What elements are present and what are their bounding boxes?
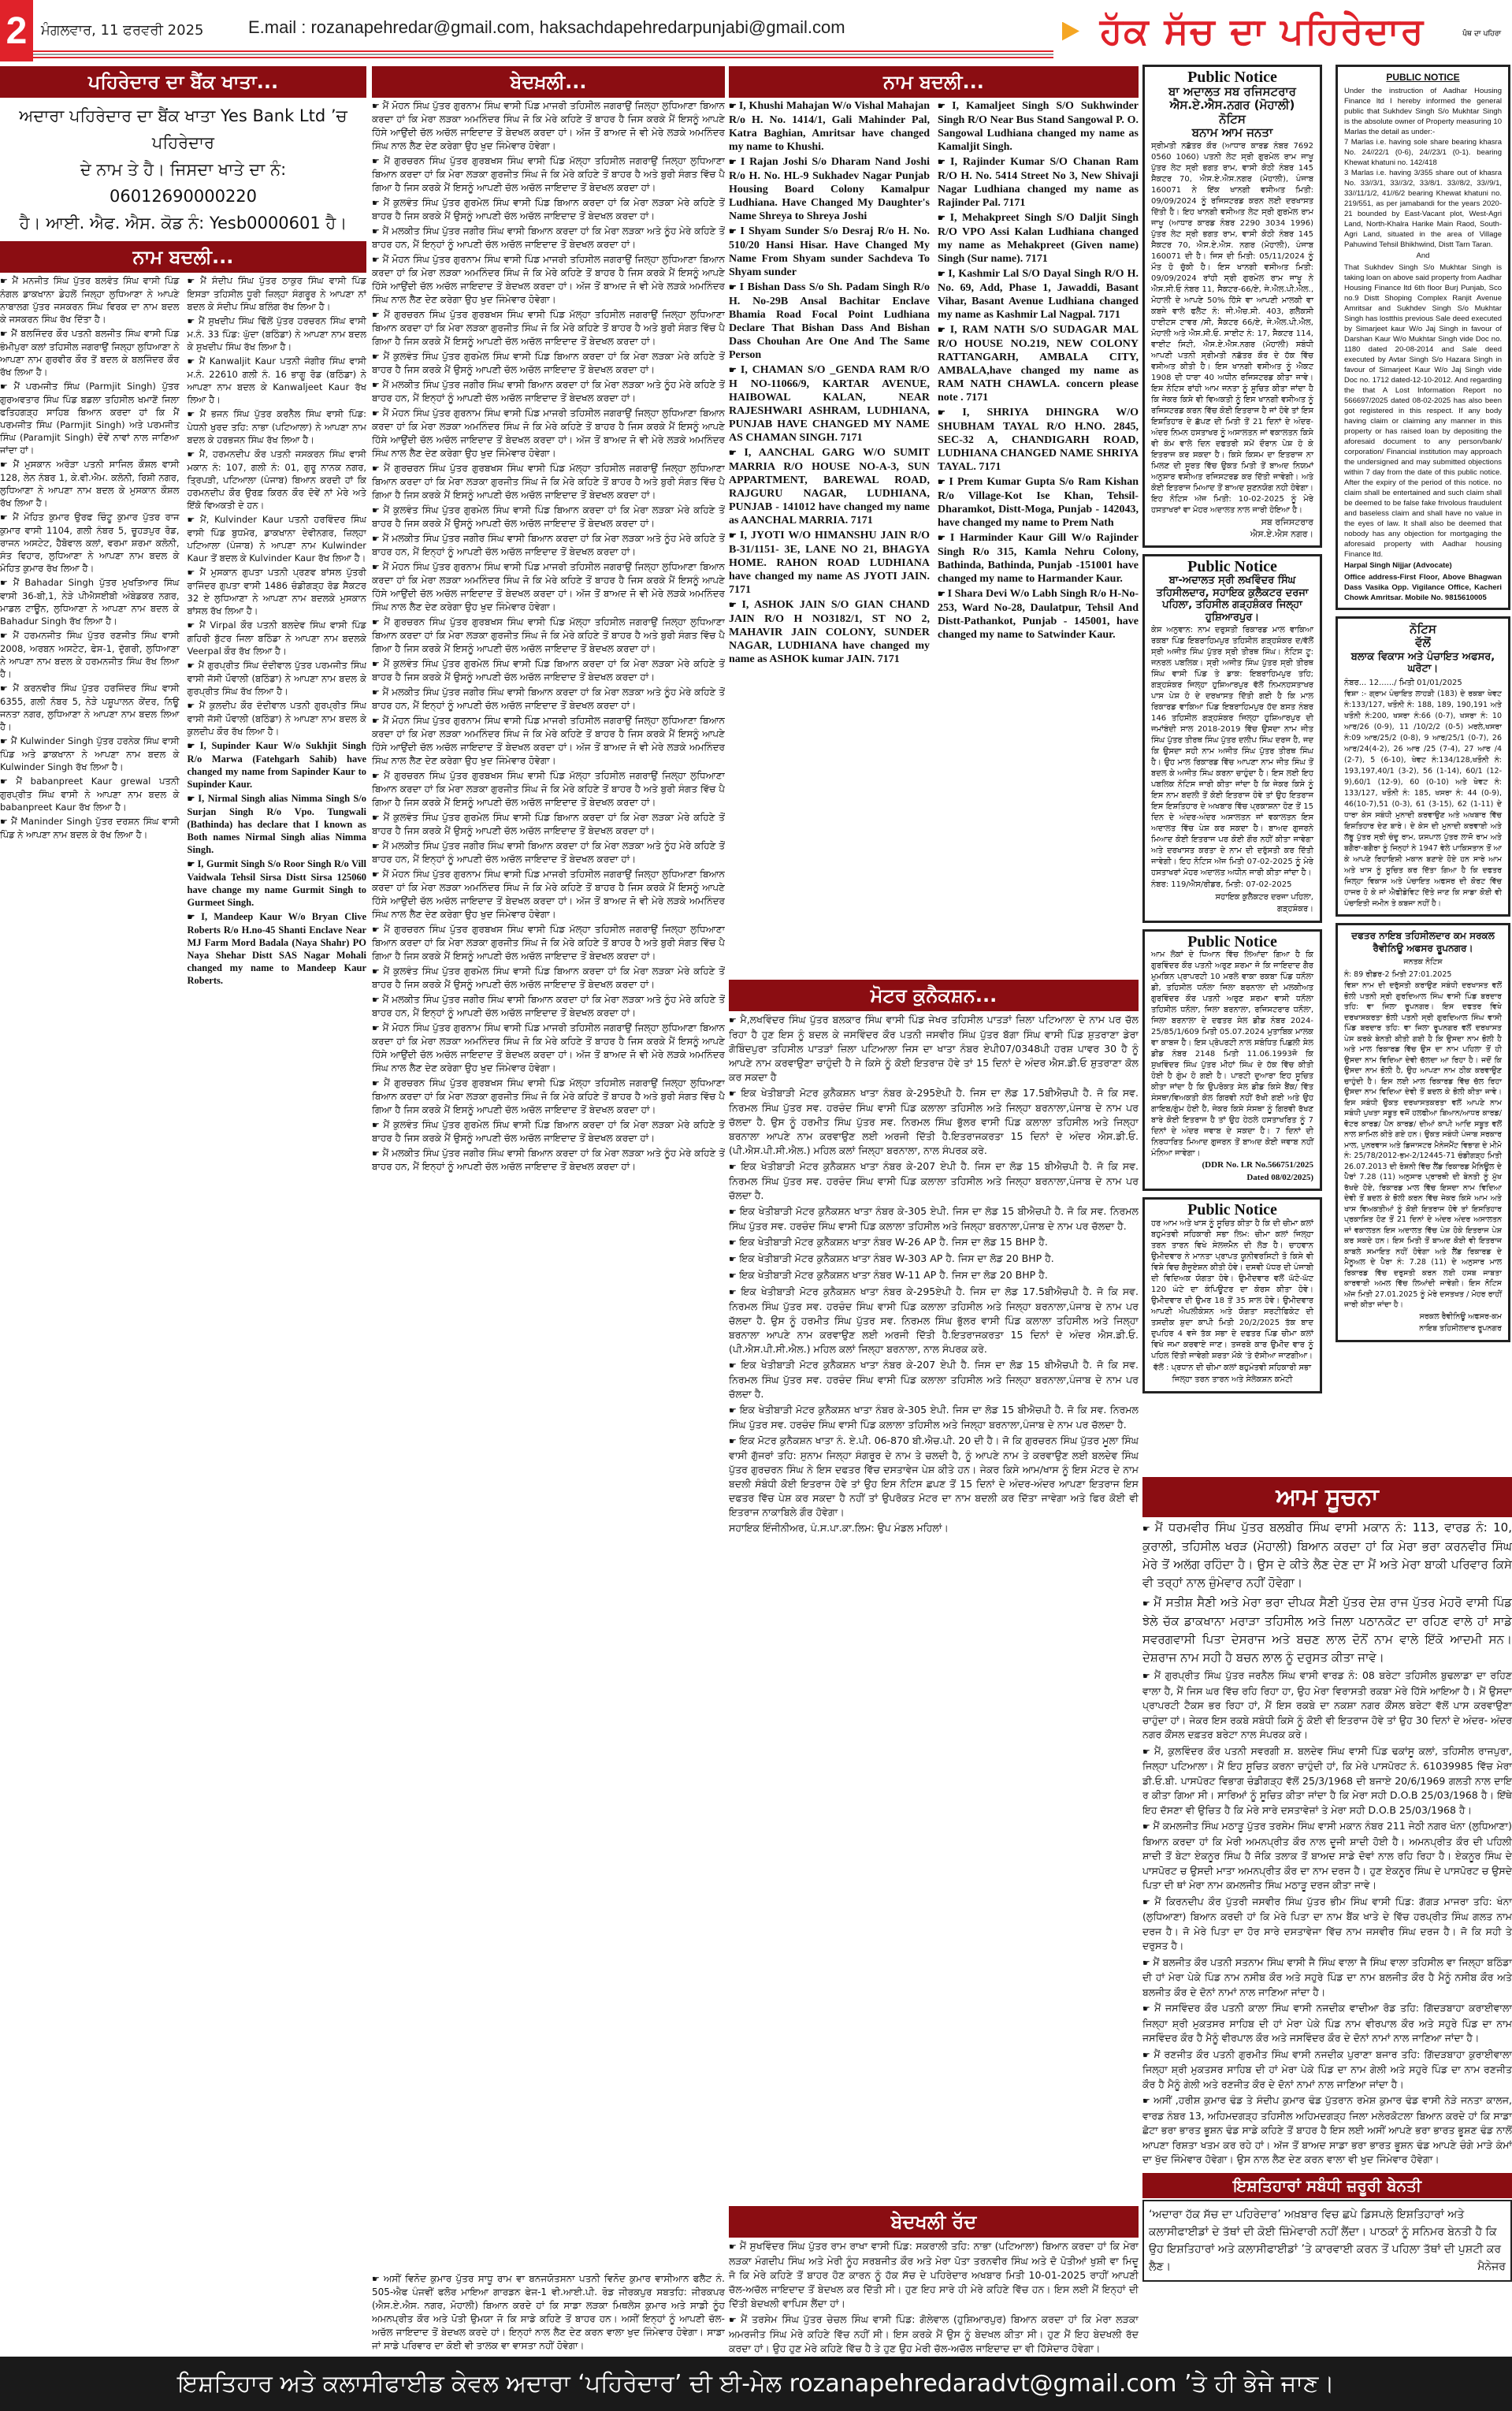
list-item: ਮੈਂ ਕੁਲਵੰਤ ਸਿੰਘ ਪੁੱਤਰ ਗੁਰਮੇਲ ਸਿੰਘ ਵਾਸੀ ਪ… [372, 657, 725, 684]
list-item: ਮੈਂ ਕੁਲਵੰਤ ਸਿੰਘ ਪੁੱਤਰ ਗੁਰਮੇਲ ਸਿੰਘ ਵਾਸੀ ਪ… [372, 811, 725, 838]
notice-title: Public Notice [1151, 936, 1313, 949]
list-item: I Shyam Sunder S/o Desraj R/o H. No. 510… [729, 225, 930, 279]
list-item: ਮੈਂ ਭਜਨ ਸਿੰਘ ਪੁੱਤਰ ਕਰਨੈਲ ਸਿੰਘ ਵਾਸੀ ਪਿੰਡ:… [188, 407, 367, 446]
list-item: ਮੈਂ ਕਿਰਨਦੀਪ ਕੌਰ ਪੁੱਤਰੀ ਜਸਵੀਰ ਸਿੰਘ ਪੁੱਤਰ … [1142, 1895, 1512, 1954]
list-item: ਮੈਂ ਕੁਲਵੰਤ ਸਿੰਘ ਪੁੱਤਰ ਗੁਰਮੇਲ ਸਿੰਘ ਵਾਸੀ ਪ… [372, 196, 725, 223]
page-number: 2 [0, 0, 33, 61]
notice-body: ਸ੍ਰੀਮਤੀ ਨਛੱਤਰ ਕੌਰ (ਆਧਾਰ ਕਾਰਡ ਨੰਬਰ 7692 0… [1151, 141, 1313, 516]
list-item: ਮੈਂ ਮੋਹਨ ਸਿੰਘ ਪੁੱਤਰ ਗੁਰਨਾਮ ਸਿੰਘ ਵਾਸੀ ਪਿੰ… [372, 253, 725, 307]
list-item: ਮੈਂ ਗੁਰਚਰਨ ਸਿੰਘ ਪੁੱਤਰ ਗੁਰਬਖਸ ਸਿੰਘ ਵਾਸੀ ਪ… [372, 462, 725, 502]
list-item: I, Mehakpreet Singh S/O Daljit Singh R/O… [938, 211, 1139, 266]
notice-body: ਵਿਸ਼ਾ :- ਗ੍ਰਾਮ ਪੰਚਾਇਤ ਲਾਹੜੀ (183) ਦੇ ਰਕਬ… [1344, 689, 1502, 910]
list-item: ਮੈਂ ਗੁਰਚਰਨ ਸਿੰਘ ਪੁੱਤਰ ਗੁਰਬਖਸ ਸਿੰਘ ਵਾਸੀ ਪ… [372, 154, 725, 195]
list-item: ਇਕ ਖੇਤੀਬਾੜੀ ਮੋਟਰ ਕੁਨੈਕਸ਼ਨ ਖਾਤਾ ਨੰਬਰ ਕੇ-3… [729, 1403, 1139, 1432]
notice-ref: ਨੰਬਰ... 12....../ ਮਿਤੀ 01/01/2025 [1344, 677, 1502, 690]
list-item: ਮੈਂ ਮੋਹਨ ਸਿੰਘ ਪੁੱਤਰ ਗੁਰਨਾਮ ਸਿੰਘ ਵਾਸੀ ਪਿੰ… [372, 714, 725, 768]
list-item: I, AANCHAL GARG W/O SUMIT MARRIA R/O HOU… [729, 446, 930, 527]
list-item: I Prem Kumar Gupta S/o Ram Kishan R/o Vi… [938, 475, 1139, 530]
masthead-rule [33, 50, 1053, 61]
list-item: ਮੈਂ ਕਮਲਜੀਤ ਸਿੰਘ ਮਠਾੜੂ ਪੁੱਤਰ ਤਰਸੇਮ ਸਿੰਘ ਵ… [1142, 1819, 1512, 1893]
list-item: ਮੈਂ ਕੁਲਦੀਪ ਕੌਰ ਦੰਦੀਵਾਲ ਪਤਨੀ ਗੁਰਪ੍ਰੀਤ ਸਿੰ… [188, 699, 367, 738]
list-item: I Rajan Joshi S/o Dharam Nand Joshi R/o … [729, 155, 930, 223]
list-item: I, Rajinder Kumar S/O Chanan Ram R/O H. … [938, 155, 1139, 210]
list-item: ਮੈਂ ਕਰਨਵੀਰ ਸਿੰਘ ਪੁੱਤਰ ਹਰਜਿੰਦਰ ਸਿੰਘ ਵਾਸੀ … [0, 682, 180, 733]
bank-account-info: ਅਦਾਰਾ ਪਹਿਰੇਦਾਰ ਦਾ ਬੈਂਕ ਖਾਤਾ Yes Bank Ltd… [0, 99, 366, 240]
notice-cheema: Public Notice ਹਰ ਆਮ ਅਤੇ ਖਾਸ ਨੂੰ ਸੂਚਿਤ ਕੀ… [1142, 1197, 1322, 1393]
bedakhli-radd-list: ਮੈਂ ਸੁਖਵਿੰਦਰ ਸਿੰਘ ਪੁੱਤਰ ਰਾਮ ਰਾਖਾ ਵਾਸੀ ਪਿ… [729, 2239, 1139, 2354]
notice-vs: ਬਨਾਮ ਆਮ ਜਨਤਾ [1151, 127, 1313, 140]
list-item: ਮੈਂ ਗੁਰਚਰਨ ਸਿੰਘ ਪੁੱਤਰ ਗੁਰਬਖਸ ਸਿੰਘ ਵਾਸੀ ਪ… [372, 1077, 725, 1117]
list-item: ਮੈਂ ਗੁਰਚਰਨ ਸਿੰਘ ਪੁੱਤਰ ਗੁਰਬਖਸ ਸਿੰਘ ਵਾਸੀ ਪ… [372, 769, 725, 809]
list-item: ਮੈਂ Maninder Singh ਪੁੱਤਰ ਦਰਸ਼ਨ ਸਿੰਘ ਵਾਸੀ… [0, 815, 180, 841]
list-item: ਮੈਂ ਸੰਦੀਪ ਸਿੰਘ ਪੁੱਤਰ ਠਾਕੁਰ ਸਿੰਘ ਵਾਸੀ ਪਿੰ… [188, 274, 367, 313]
list-item: I, Gurmit Singh S/o Roor Singh R/o Vill … [188, 858, 367, 909]
list-item: ਮੈਂ ਰਣਜੀਤ ਕੌਰ ਪਤਨੀ ਗੁਰਮੀਤ ਸਿੰਘ ਵਾਸੀ ਨਜਦੀ… [1142, 2048, 1512, 2093]
list-item: I Harminder Kaur Gill W/o Rajinder Singh… [938, 531, 1139, 586]
list-item: ਮੈਂ ਗੁਰਚਰਨ ਸਿੰਘ ਪੁੱਤਰ ਗੁਰਬਖਸ ਸਿੰਘ ਵਾਸੀ ਪ… [372, 616, 725, 656]
bedakhli-last: ਅਸੀਂ ਵਿਨੋਦ ਕੁਮਾਰ ਪੁੱਤਰ ਸਾਧੂ ਰਾਮ ਵਾ ਬਨਜਯੋ… [372, 2272, 725, 2354]
list-item: ਮੈਂ ਮੋਹਨ ਸਿੰਘ ਪੁੱਤਰ ਗੁਰਨਾਮ ਸਿੰਘ ਵਾਸੀ ਪਿੰ… [372, 868, 725, 921]
disclaimer-body: ‘ਅਦਾਰਾ ਹੱਕ ਸੱਚ ਦਾ ਪਹਿਰੇਦਾਰ’ ਅਖ਼ਬਾਰ ਵਿਚ ਛ… [1149, 2208, 1501, 2273]
column-bedakhli: ਬੇਦਖ਼ਲੀ... ਮੈਂ ਮੋਹਨ ਸਿੰਘ ਪੁੱਤਰ ਗੁਰਨਾਮ ਸਿ… [372, 65, 725, 2354]
notice-office: ਬਲਾਕ ਵਿਕਾਸ ਅਤੇ ਪੰਚਾਇਤ ਅਫਸਰ, ਘਰੋਟਾ। [1344, 651, 1502, 675]
notice-signature: ਨਾਇਬ ਤਹਿਸੀਲਦਾਰ ਰੂਪਨਗਰ [1344, 1323, 1502, 1335]
list-item: ਮੈਂ ਧਰਮਵੀਰ ਸਿੰਘ ਪੁੱਤਰ ਬਲਬੀਰ ਸਿੰਘ ਵਾਸੀ ਮਕ… [1142, 1519, 1512, 1592]
notice-signature: ਗੜ੍ਹਸ਼ੰਕਰ। [1151, 903, 1313, 916]
list-item: I, Mandeep Kaur W/o Bryan Clive Roberts … [188, 910, 367, 987]
motor-signoff: ਸਹਾਇਕ ਇੰਜੀਨੀਅਰ, ਪੰ.ਸ.ਪਾ.ਕਾ.ਲਿਮ: ਉਪ ਮੰਡਲ … [729, 1521, 1139, 1535]
list-item: ਇਕ ਖੇਤੀਬਾੜੀ ਮੋਟਰ ਕੁਨੈਕਸ਼ਨ ਖਾਤਾ ਨੰਬਰ W-26… [729, 1235, 1139, 1250]
list-item: ਮੈਂ ਮੋਹਨ ਸਿੰਘ ਪੁੱਤਰ ਗੁਰਨਾਮ ਸਿੰਘ ਵਾਸੀ ਪਿੰ… [372, 1021, 725, 1075]
issue-date: ਮੰਗਲਵਾਰ, 11 ਫਰਵਰੀ 2025 [41, 22, 203, 39]
section-header-bank: ਪਹਿਰੇਦਾਰ ਦਾ ਬੈਂਕ ਖਾਤਾ... [0, 66, 366, 98]
notice-by: ਵੱਲੋਂ [1344, 637, 1502, 649]
list-item: ਮੈਂ ਸੁਖਦੀਪ ਸਿੰਘ ਢਿੱਲੋਂ ਪੁੱਤਰ ਹਰਚਰਨ ਸਿੰਘ … [188, 314, 367, 353]
list-item: ਮੈਂ ਮਲਕੀਤ ਸਿੰਘ ਪੁੱਤਰ ਜਗੀਰ ਸਿੰਘ ਵਾਸੀ ਬਿਆਨ… [372, 225, 725, 251]
column-aam-suchna: ਆਮ ਸੂਚਨਾ ਮੈਂ ਧਰਮਵੀਰ ਸਿੰਘ ਪੁੱਤਰ ਬਲਬੀਰ ਸਿੰ… [1142, 1475, 1512, 2354]
list-item: ਮੈਂ ਗੁਰਪ੍ਰੀਤ ਸਿੰਘ ਦੰਦੀਵਾਲ ਪੁੱਤਰ ਪਰਮਜੀਤ ਸ… [188, 659, 367, 698]
list-item: ਮੈਂ ਕੁਲਵੰਤ ਸਿੰਘ ਪੁੱਤਰ ਗੁਰਮੇਲ ਸਿੰਘ ਵਾਸੀ ਪ… [372, 504, 725, 530]
column-name-change-english: ਨਾਮ ਬਦਲੀ... I, Khushi Mahajan W/o Vishal… [729, 65, 1139, 2354]
list-item: ਮੈਂ ਮੁਸਕਾਨ ਅਰੋੜਾ ਪਤਨੀ ਸਾਜਿਲ ਕੌਸ਼ਲ ਵਾਸੀ 1… [0, 458, 180, 509]
list-item: I, ASHOK JAIN S/O GIAN CHAND JAIN R/O H … [729, 598, 930, 666]
aam-suchna-list: ਮੈਂ ਧਰਮਵੀਰ ਸਿੰਘ ਪੁੱਤਰ ਬਲਬੀਰ ਸਿੰਘ ਵਾਸੀ ਮਕ… [1142, 1519, 1512, 2165]
notice-title: ਦਫਤਰ ਨਾਇਬ ਤਹਿਸੀਲਦਾਰ ਕਮ ਸਰਕਲ ਰੈਵੀਨਿਊ ਅਫਸਰ… [1344, 930, 1502, 954]
notice-ref: ਨੰਬਰ: 119/ਐਸ/ਰੀਡਰ, ਮਿਤੀ: 07-02-2025 [1151, 879, 1313, 891]
notice-signature: ਸਬ ਰਜਿਸਟਰਾਰ [1151, 516, 1313, 529]
list-item: ਮੈਂ, ਹਰਮਨਦੀਪ ਕੌਰ ਪਤਨੀ ਜਸਕਰਨ ਸਿੰਘ ਵਾਸੀ ਮਕ… [188, 448, 367, 512]
column-name-change-punjabi: ਪਹਿਰੇਦਾਰ ਦਾ ਬੈਂਕ ਖਾਤਾ... ਅਦਾਰਾ ਪਹਿਰੇਦਾਰ … [0, 65, 366, 2354]
list-item: ਮੈਂ ਸਤੀਸ਼ ਸੈਣੀ ਅਤੇ ਮੇਰਾ ਭਰਾ ਦੀਪਕ ਸੈਣੀ ਪੁ… [1142, 1594, 1512, 1667]
notice-bullet: 3 Marlas i.e. having 3/355 share out of … [1344, 168, 1502, 250]
section-header-name-change-en: ਨਾਮ ਬਦਲੀ... [729, 66, 1139, 98]
list-item: ਇਕ ਖੇਤੀਬਾੜੀ ਮੋਟਰ ਕੁਨੈਕਸ਼ਨ ਖਾਤਾ ਨੰਬਰ W-11… [729, 1268, 1139, 1283]
bedakhli-list: ਮੈਂ ਮੋਹਨ ਸਿੰਘ ਪੁੱਤਰ ਗੁਰਨਾਮ ਸਿੰਘ ਵਾਸੀ ਪਿੰ… [372, 99, 725, 1174]
list-item: ਮੈਂ ਗੁਰਚਰਨ ਸਿੰਘ ਪੁੱਤਰ ਗੁਰਬਖਸ ਸਿੰਘ ਵਾਸੀ ਪ… [372, 923, 725, 963]
notice-address: Office address-First Floor, Above Bhagwa… [1344, 572, 1502, 603]
notice-place: ਐਸ.ਏ.ਐਸ.ਨਗਰ (ਮੋਹਾਲੀ) [1151, 99, 1313, 112]
list-item: ਮੈਂ ਮੋਹਿਤ ਕੁਮਾਰ ਉਰਫ ਚਿੰਟੂ ਕੁਮਾਰ ਪੁੱਤਰ ਰਾ… [0, 511, 180, 575]
list-item: ਇਕ ਖੇਤੀਬਾੜੀ ਮੋਟਰ ਕੁਨੈਕਸ਼ਨ ਖਾਤਾ ਨੰਬਰ ਕੇ-2… [729, 1159, 1139, 1203]
list-item: ਮੈਂ ਕੁਲਵੰਤ ਸਿੰਘ ਪੁੱਤਰ ਗੁਰਮੇਲ ਸਿੰਘ ਵਾਸੀ ਪ… [372, 965, 725, 992]
list-item: ਮੈਂ Kanwaljit Kaur ਪਤਨੀ ਜੰਗੀਰ ਸਿੰਘ ਵਾਸੀ … [188, 355, 367, 406]
notice-signature: ਵੱਲੋਂ : ਪ੍ਰਧਾਨ ਦੀ ਚੀਮਾ ਕਲਾਂ ਬਹੁਮੰਤਵੀ ਸਹਿ… [1151, 1362, 1313, 1386]
list-item: ਇਕ ਖੇਤੀਬਾੜੀ ਮੋਟਰ ਕੁਨੈਕਸ਼ਨ ਖਾਤਾ ਨੰਬਰ ਕੇ-2… [729, 1285, 1139, 1356]
bank-line: ਹੈ। ਆਈ. ਐਫ. ਐਸ. ਕੋਡ ਨੰ: Yesb0000601 ਹੈ। [5, 210, 362, 236]
notice-signature: ਐਸ.ਏ.ਐਸ ਨਗਰ। [1151, 528, 1313, 541]
name-change-list-2: ਮੈਂ ਸੰਦੀਪ ਸਿੰਘ ਪੁੱਤਰ ਠਾਕੁਰ ਸਿੰਘ ਵਾਸੀ ਪਿੰ… [188, 274, 367, 988]
section-header-bedakhli: ਬੇਦਖ਼ਲੀ... [372, 66, 725, 98]
list-item: I, Kashmir Lal S/O Dayal Singh R/O H. No… [938, 267, 1139, 322]
bank-line: ਦੇ ਨਾਮ ਤੇ ਹੈ। ਜਿਸਦਾ ਖਾਤੇ ਦਾ ਨੰ: 06012690… [5, 156, 362, 210]
list-item: ਮੈਂ ਮਲਕੀਤ ਸਿੰਘ ਪੁੱਤਰ ਜਗੀਰ ਸਿੰਘ ਵਾਸੀ ਬਿਆਨ… [372, 839, 725, 866]
list-item: ਮੈਂ ਮਲਕੀਤ ਸਿੰਘ ਪੁੱਤਰ ਜਗੀਰ ਸਿੰਘ ਵਾਸੀ ਬਿਆਨ… [372, 378, 725, 405]
list-item: ਮੈਂ ਮਲਕੀਤ ਸਿੰਘ ਪੁੱਤਰ ਜਗੀਰ ਸਿੰਘ ਵਾਸੀ ਬਿਆਨ… [372, 1147, 725, 1174]
list-item: ਮੈਂ ਮੁਸਕਾਨ ਗੁਪਤਾ ਪਤਨੀ ਪ੍ਰਣਵ ਬਾਂਸਲ ਪੁੱਤਰੀ… [188, 566, 367, 617]
list-item: ਮੈਂ ਜਸਵਿੰਦਰ ਕੌਰ ਪਤਨੀ ਕਾਲਾ ਸਿੰਘ ਵਾਸੀ ਨਜਦੀ… [1142, 2001, 1512, 2046]
list-item: ਮੈਂ ਮਲਕੀਤ ਸਿੰਘ ਪੁੱਤਰ ਜਗੀਰ ਸਿੰਘ ਵਾਸੀ ਬਿਆਨ… [372, 686, 725, 713]
list-item: ਮੈਂ ਮੋਹਨ ਸਿੰਘ ਪੁੱਤਰ ਗੁਰਨਾਮ ਸਿੰਘ ਵਾਸੀ ਪਿੰ… [372, 99, 725, 153]
list-item: ਮੈਂ, ਕੁਲਵਿੰਦਰ ਕੌਰ ਪਤਨੀ ਸਵਰਗੀ ਸ਼. ਬਲਦੇਵ ਸ… [1142, 1744, 1512, 1818]
notice-title: Public Notice [1151, 1204, 1313, 1217]
logo-text: ਹੱਕ ਸੱਚ ਦਾ ਪਹਿਰੇਦਾਰ [1100, 9, 1425, 52]
notice-body: Under the instruction of Aadhar Housing … [1344, 86, 1502, 137]
notice-title: PUBLIC NOTICE [1344, 72, 1502, 84]
list-item: I, SHRIYA DHINGRA W/O SHUBHAM TAYAL R/O … [938, 406, 1139, 474]
list-item: ਅਸੀਂ ਵਿਨੋਦ ਕੁਮਾਰ ਪੁੱਤਰ ਸਾਧੂ ਰਾਮ ਵਾ ਬਨਜਯੋ… [372, 2272, 725, 2353]
notice-aadhar: PUBLIC NOTICE Under the instruction of A… [1336, 65, 1510, 610]
contact-email[interactable]: E.mail : rozanapehredar@gmail.com, haksa… [248, 17, 845, 38]
flag-icon [1062, 22, 1079, 46]
list-item: I Bishan Dass S/o Sh. Padam Singh R/o H.… [729, 281, 930, 362]
notice-court: ਬਾ-ਅਦਾਲਤ ਸ੍ਰੀ ਲਖਵਿੰਦਰ ਸਿੰਘ ਤਹਿਸੀਲਦਾਰ, ਸਹ… [1151, 575, 1313, 623]
list-item: ਮੈਂ ਗੁਰਪ੍ਰੀਤ ਸਿੰਘ ਪੁੱਤਰ ਜਰਨੈਲ ਸਿੰਘ ਵਾਸੀ … [1142, 1669, 1512, 1743]
logo-tagline: ਪੰਥ ਦਾ ਪਹਿਰਾ [1462, 8, 1501, 60]
section-header-appeal: ਇਸ਼ਤਿਹਾਰਾਂ ਸਬੰਧੀ ਜ਼ਰੂਰੀ ਬੇਨਤੀ [1142, 2173, 1512, 2198]
list-item: ਮੈਂ ਕੁਲਵੰਤ ਸਿੰਘ ਪੁੱਤਰ ਗੁਰਮੇਲ ਸਿੰਘ ਵਾਸੀ ਪ… [372, 1118, 725, 1145]
list-item: ਮੈਂ ਮਨਜੀਤ ਸਿੰਘ ਪੁੱਤਰ ਬਲਵੰਤ ਸਿੰਘ ਵਾਸੀ ਪਿੰ… [0, 274, 180, 326]
notice-court: ਬਾ ਅਦਾਲਤ ਸਬ ਰਜਿਸਟਰਾਰ [1151, 86, 1313, 99]
notice-title: Public Notice [1151, 72, 1313, 84]
notice-garhshankar: Public Notice ਬਾ-ਅਦਾਲਤ ਸ੍ਰੀ ਲਖਵਿੰਦਰ ਸਿੰਘ… [1142, 554, 1322, 923]
list-item: ਮੈਂ ਪਰਮਜੀਤ ਸਿੰਘ (Parmjit Singh) ਪੁੱਤਰ ਗੁ… [0, 380, 180, 456]
column-public-notices-right: PUBLIC NOTICE Under the instruction of A… [1336, 65, 1510, 1507]
notice-body: ਵਿਸ਼ਾ ਨਾਮ ਦੀ ਦਰੁੱਸਤੀ ਕਰਾਉਣ ਸਬੰਧੀ ਦਰਖਾਸਤ … [1344, 980, 1502, 1311]
notice-signature: Harpal Singh Nijjar (Advocate) [1344, 560, 1502, 572]
disclaimer-signature: ਮੈਨੇਜਰ [1477, 2258, 1506, 2275]
motor-list: ਮੈ,ਲਖਵਿੰਦਰ ਸਿੰਘ ਪੁੱਤਰ ਬਲਕਾਰ ਸਿੰਘ ਵਾਸੀ ਪਿ… [729, 1013, 1139, 2195]
notice-bdpo: ਨੋਟਿਸ ਵੱਲੋਂ ਬਲਾਕ ਵਿਕਾਸ ਅਤੇ ਪੰਚਾਇਤ ਅਫਸਰ, … [1336, 616, 1510, 917]
masthead: 2 ਮੰਗਲਵਾਰ, 11 ਫਰਵਰੀ 2025 E.mail : rozana… [0, 0, 1512, 63]
notice-signature: ਸਰਕਲ ਰੈਵੀਨਿਊ ਅਫਸਰ-ਕਮ [1344, 1311, 1502, 1323]
notice-and: And [1344, 250, 1502, 262]
section-header-bedakhli-radd: ਬੇਦਖਲੀ ਰੱਦ [729, 2206, 1139, 2238]
notice-body: ਹਰ ਆਮ ਅਤੇ ਖਾਸ ਨੂੰ ਸੂਚਿਤ ਕੀਤਾ ਹੈ ਕਿ ਦੀ ਚੀ… [1151, 1219, 1313, 1362]
notice-body: ਕੇਸ ਅਨੁਵਾਨ: ਨਾਮ ਦਰੁਸਤੀ ਰਿਕਾਰਡ ਮਾਲ ਵਾਕਿਆ … [1151, 625, 1313, 879]
name-change-list-1: ਮੈਂ ਮਨਜੀਤ ਸਿੰਘ ਪੁੱਤਰ ਬਲਵੰਤ ਸਿੰਘ ਵਾਸੀ ਪਿੰ… [0, 274, 180, 988]
list-item: ਮੈ,ਲਖਵਿੰਦਰ ਸਿੰਘ ਪੁੱਤਰ ਬਲਕਾਰ ਸਿੰਘ ਵਾਸੀ ਪਿ… [729, 1013, 1139, 1085]
notice-title: Public Notice [1151, 561, 1313, 574]
list-item: I, CHAMAN S/O _GENDA RAM R/O H NO-11066/… [729, 363, 930, 445]
list-item: ਇਕ ਖੇਤੀਬਾੜੀ ਮੋਟਰ ਕੁਨੈਕਸ਼ਨ ਖਾਤਾ ਨੰਬਰ W-30… [729, 1252, 1139, 1267]
list-item: ਮੈਂ Bahadar Singh ਪੁੱਤਰ ਮੁਖਤਿਆਰ ਸਿੰਘ ਵਾਸ… [0, 576, 180, 627]
list-item: ਇਕ ਮੋਟਰ ਕੁਨੈਕਸ਼ਨ ਖਾਤਾ ਨੰ. ਏ.ਪੀ. 06-870 ਬ… [729, 1434, 1139, 1520]
list-item: I, JYOTI W/O HIMANSHU JAIN R/O B-31/1151… [729, 529, 930, 597]
list-item: ਮੈਂ ਮੋਹਨ ਸਿੰਘ ਪੁੱਤਰ ਗੁਰਨਾਮ ਸਿੰਘ ਵਾਸੀ ਪਿੰ… [372, 560, 725, 614]
bank-line: ਅਦਾਰਾ ਪਹਿਰੇਦਾਰ ਦਾ ਬੈਂਕ ਖਾਤਾ Yes Bank Ltd… [5, 102, 362, 156]
list-item: I, Nirmal Singh alias Nimma Singh S/o Su… [188, 792, 367, 856]
list-item: ਮੈਂ babanpreet Kaur grewal ਪਤਨੀ ਗੁਰਪ੍ਰੀਤ… [0, 775, 180, 813]
list-item: ਮੈਂ Virpal ਕੌਰ ਪਤਨੀ ਬਲਦੇਵ ਸਿੰਘ ਵਾਸੀ ਪਿੰਡ… [188, 619, 367, 657]
notice-sub-registrar: Public Notice ਬਾ ਅਦਾਲਤ ਸਬ ਰਜਿਸਟਰਾਰ ਐਸ.ਏ.… [1142, 65, 1322, 548]
list-item: ਮੈਂ ਮੋਹਨ ਸਿੰਘ ਪੁੱਤਰ ਗੁਰਨਾਮ ਸਿੰਘ ਵਾਸੀ ਪਿੰ… [372, 407, 725, 460]
section-header-aam-suchna: ਆਮ ਸੂਚਨਾ [1142, 1477, 1512, 1517]
notice-ref: Dated 08/02/2025) [1151, 1172, 1313, 1185]
list-item: ਮੈਂ ਮਲਕੀਤ ਸਿੰਘ ਪੁੱਤਰ ਜਗੀਰ ਸਿੰਘ ਵਾਸੀ ਬਿਆਨ… [372, 993, 725, 1020]
list-item: ਇਕ ਖੇਤੀਬਾੜੀ ਮੋਟਰ ਕੁਨੈਕਸ਼ਨ ਖਾਤਾ ਨੰਬਰ ਕੇ-3… [729, 1204, 1139, 1233]
notice-label: ਨੋਟਿਸ [1151, 113, 1313, 126]
english-list-2: I, Kamaljeet Singh S/O Sukhwinder Singh … [938, 99, 1139, 978]
list-item: ਮੈਂ Kulwinder Singh ਪੁੱਤਰ ਹਰਨੇਕ ਸਿੰਘ ਵਾਸ… [0, 735, 180, 773]
list-item: I, RAM NATH S/O SUDAGAR MAL R/O HOUSE NO… [938, 323, 1139, 404]
notice-title: ਨੋਟਿਸ [1344, 623, 1502, 636]
list-item: I Shara Devi W/o Labh Singh R/o H-No-253… [938, 587, 1139, 642]
notice-bullet: 7 Marlas i.e. having sole share bearing … [1344, 137, 1502, 168]
newspaper-logo: ਹੱਕ ਸੱਚ ਦਾ ਪਹਿਰੇਦਾਰ ਪੰਥ ਦਾ ਪਹਿਰਾ [1056, 5, 1509, 57]
notice-ref: ਨੰ: 89 ਰੀਡਰ-2 ਮਿਤੀ 27:01.2025 [1344, 969, 1502, 981]
list-item: ਮੈਂ ਸੁਖਵਿੰਦਰ ਸਿੰਘ ਪੁੱਤਰ ਰਾਮ ਰਾਖਾ ਵਾਸੀ ਪਿ… [729, 2239, 1139, 2311]
list-item: ਇਕ ਖੇਤੀਬਾੜੀ ਮੋਟਰ ਕੁਨੈਕਸ਼ਨ ਖਾਤਾ ਨੰਬਰ ਕੇ-2… [729, 1086, 1139, 1158]
english-list-1: I, Khushi Mahajan W/o Vishal Mahajan R/o… [729, 99, 930, 978]
list-item: ਅਸੀਂ ,ਹਰੀਸ਼ ਕੁਮਾਰ ਢੰਡ ਤੇ ਸੰਦੀਪ ਕੁਮਾਰ ਢੰਡ… [1142, 2093, 1512, 2165]
section-header-name-change: ਨਾਮ ਬਦਲੀ... [0, 241, 366, 273]
notice-rupnagar: ਦਫਤਰ ਨਾਇਬ ਤਹਿਸੀਲਦਾਰ ਕਮ ਸਰਕਲ ਰੈਵੀਨਿਊ ਅਫਸਰ… [1336, 923, 1510, 1342]
notice-ref: (DDR No. LR No.566751/2025 [1151, 1159, 1313, 1172]
list-item: I, Kamaljeet Singh S/O Sukhwinder Singh … [938, 99, 1139, 154]
section-header-motor: ਮੋਟਰ ਕੁਨੈਕਸ਼ਨ... [729, 980, 1139, 1011]
footer-banner: ਇਸ਼ਤਿਹਾਰ ਅਤੇ ਕਲਾਸੀਫਾਈਡ ਕੇਵਲ ਅਦਾਰਾ ‘ਪਹਿਰੇ… [0, 2357, 1512, 2411]
list-item: ਮੈਂ, Kulvinder Kaur ਪਤਨੀ ਹਰਵਿੰਦਰ ਸਿੰਘ ਵਾ… [188, 513, 367, 564]
list-item: ਮੈਂ ਹਰਮਨਜੀਤ ਸਿੰਘ ਪੁੱਤਰ ਰਣਜੀਤ ਸਿੰਘ ਵਾਸੀ 2… [0, 629, 180, 680]
list-item: ਮੈਂ ਤਰਸੇਮ ਸਿੰਘ ਪੁੱਤਰ ਚੇਚਲ ਸਿੰਘ ਵਾਸੀ ਪਿੰਡ… [729, 2312, 1139, 2354]
list-item: ਮੈਂ ਬਲਜੀਤ ਕੌਰ ਪਤਨੀ ਸਤਨਾਮ ਸਿੰਘ ਵਾਸੀ ਜੈ ਸਿ… [1142, 1955, 1512, 2000]
list-item: ਮੈਂ ਬਲਜਿੰਦਰ ਕੌਰ ਪਤਨੀ ਬਲਜੀਤ ਸਿੰਘ ਵਾਸੀ ਪਿੰ… [0, 327, 180, 378]
notice-body: ਆਮ ਲੋਕਾਂ ਦੇ ਧਿਆਨ ਵਿੱਚ ਲਿਆਂਦਾ ਗਿਆ ਹੈ ਕਿ ਗ… [1151, 950, 1313, 1159]
list-item: ਮੈਂ ਗੁਰਚਰਨ ਸਿੰਘ ਪੁੱਤਰ ਗੁਰਬਖਸ ਸਿੰਘ ਵਾਸੀ ਪ… [372, 308, 725, 348]
list-item: I, Supinder Kaur W/o Sukhjit Singh R/o M… [188, 739, 367, 791]
list-item: I, Khushi Mahajan W/o Vishal Mahajan R/o… [729, 99, 930, 154]
list-item: ਮੈਂ ਕੁਲਵੰਤ ਸਿੰਘ ਪੁੱਤਰ ਗੁਰਮੇਲ ਸਿੰਘ ਵਾਸੀ ਪ… [372, 350, 725, 377]
notice-dhanaula: Public Notice ਆਮ ਲੋਕਾਂ ਦੇ ਧਿਆਨ ਵਿੱਚ ਲਿਆਂ… [1142, 929, 1322, 1192]
notice-body: That Sukhdev Singh S/o Mukhtar Singh is … [1344, 262, 1502, 560]
list-item: ਮੈਂ ਮਲਕੀਤ ਸਿੰਘ ਪੁੱਤਰ ਜਗੀਰ ਸਿੰਘ ਵਾਸੀ ਬਿਆਨ… [372, 532, 725, 559]
list-item: ਇਕ ਖੇਤੀਬਾੜੀ ਮੋਟਰ ਕੁਨੈਕਸ਼ਨ ਖਾਤਾ ਨੰਬਰ ਕੇ-2… [729, 1358, 1139, 1401]
advertising-disclaimer: ‘ਅਦਾਰਾ ਹੱਕ ਸੱਚ ਦਾ ਪਹਿਰੇਦਾਰ’ ਅਖ਼ਬਾਰ ਵਿਚ ਛ… [1142, 2200, 1512, 2282]
notice-signature: ਸਹਾਇਕ ਕੁਲੈਕਟਰ ਦਰਜਾ ਪਹਿਲਾ, [1151, 891, 1313, 904]
notice-sub: ਜਨਤਕ ਨੋਟਿਸ [1344, 956, 1502, 969]
column-public-notices-left: Public Notice ਬਾ ਅਦਾਲਤ ਸਬ ਰਜਿਸਟਰਾਰ ਐਸ.ਏ.… [1142, 65, 1322, 1507]
